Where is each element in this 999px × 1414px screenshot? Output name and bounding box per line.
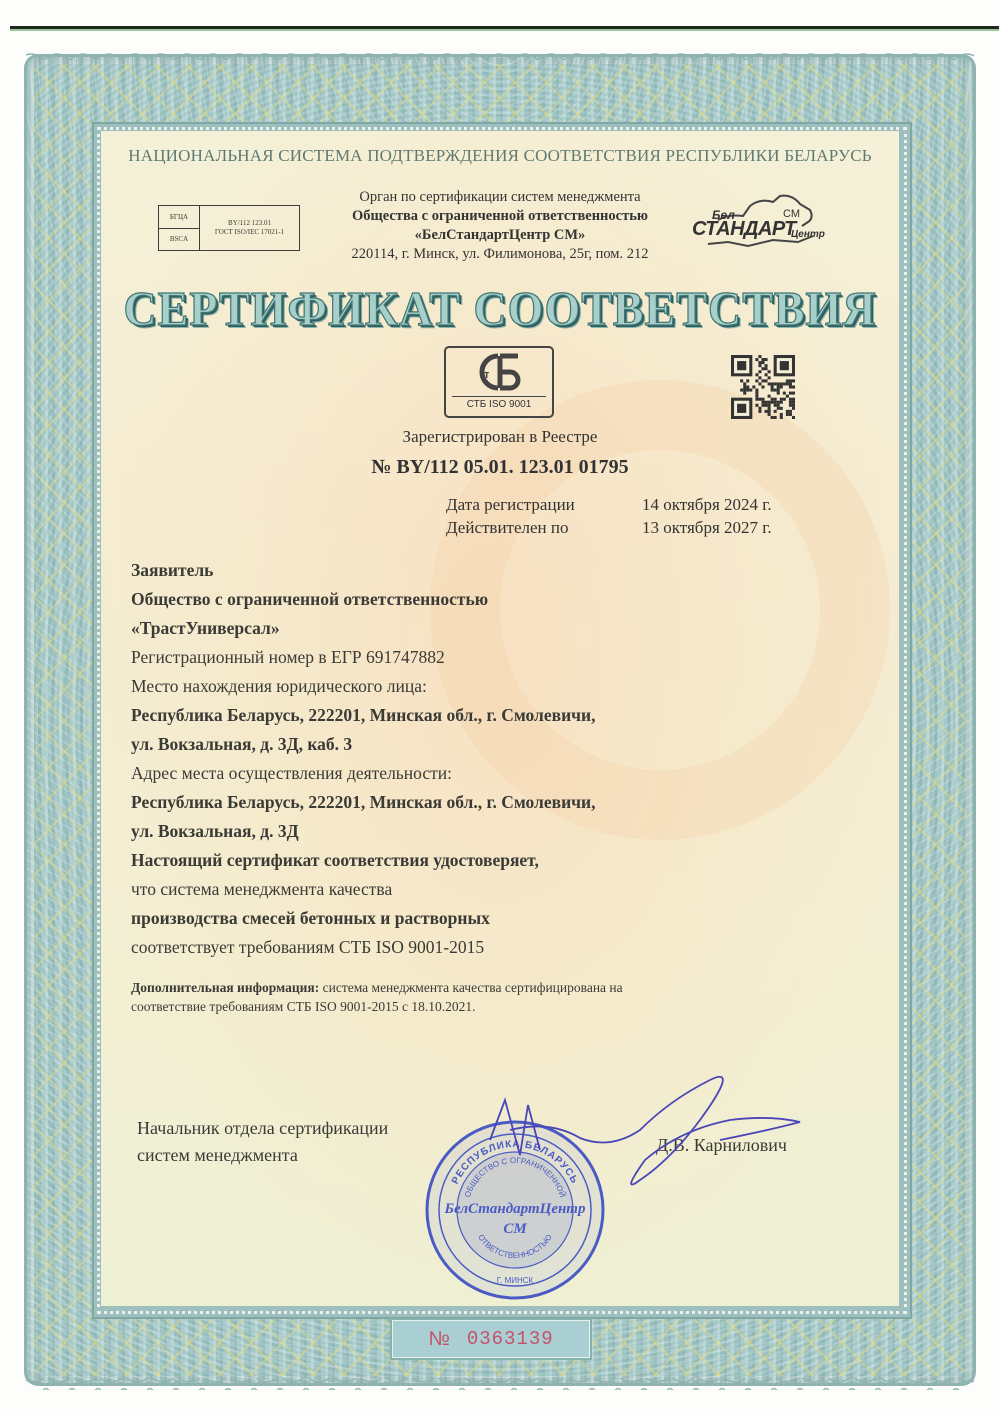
serial-number: 0363139 [467,1328,554,1350]
registration-date-row: Дата регистрации 14 октября 2024 г. [446,495,772,515]
scan-edge-line [10,26,999,29]
accreditation-mark: БГЦА BSCA BY/112 123.01 ГОСТ ISO/IEC 170… [158,205,300,251]
activity-address-label: Адрес места осуществления деятельности: [131,759,851,788]
signatory-position-line2: систем менеджмента [137,1142,388,1169]
additional-info-label: Дополнительная информация: [131,980,319,995]
valid-until-value: 13 октября 2027 г. [642,518,772,538]
activity-address-line2: ул. Вокзальная, д. 3Д [131,817,851,846]
handwritten-signature [470,1060,830,1200]
valid-until-label: Действителен по [446,518,642,538]
signatory-position: Начальник отдела сертификации систем мен… [137,1115,388,1169]
legal-address-line2: ул. Вокзальная, д. 3Д, каб. 3 [131,730,851,759]
statement-line2: что система менеджмента качества [131,875,851,904]
certificate-title: СЕРТИФИКАТ СООТВЕТСТВИЯ [101,281,899,337]
applicant-name-line1: Общество с ограниченной ответственностью [131,585,851,614]
accreditation-bgca: БГЦА [159,206,199,229]
stamp-center-line1: БелСтандартЦентр [444,1201,586,1217]
additional-info: Дополнительная информация: система менед… [131,978,831,1016]
cert-body-line2: Общества с ограниченной ответственностью [300,207,700,226]
registry-label: Зарегистрирован в Реестре [101,427,899,447]
svg-text:т: т [484,369,490,381]
statement-line4: соответствует требованиям СТБ ISO 9001-2… [131,933,851,962]
stamp-center-line2: СМ [503,1221,527,1237]
additional-info-text1: система менеджмента качества сертифициро… [319,980,622,995]
stb-iso-logo: т СТБ ISO 9001 [444,346,554,418]
brand-centr: Центр [791,229,825,240]
registration-date-label: Дата регистрации [446,495,642,515]
applicant-egr: Регистрационный номер в ЕГР 691747882 [131,643,851,672]
cert-body-name: «БелСтандартЦентр СМ» [300,226,700,245]
national-system-title: НАЦИОНАЛЬНАЯ СИСТЕМА ПОДТВЕРЖДЕНИЯ СООТВ… [101,146,899,166]
accreditation-number: BY/112 123.01 [228,219,271,228]
additional-info-text2: соответствие требованиям СТБ ISO 9001-20… [131,999,475,1014]
qr-code[interactable] [731,355,795,419]
cert-body-line1: Орган по сертификации систем менеджмента [300,188,700,207]
activity-address-line1: Республика Беларусь, 222201, Минская обл… [131,788,851,817]
legal-address-line1: Республика Беларусь, 222201, Минская обл… [131,701,851,730]
accreditation-bsca: BSCA [159,229,199,251]
applicant-name-line2: «ТрастУниверсал» [131,614,851,643]
applicant-heading: Заявитель [131,556,851,585]
legal-address-label: Место нахождения юридического лица: [131,672,851,701]
stamp-city: Г. МИНСК [497,1276,534,1285]
accreditation-standard: ГОСТ ISO/IEC 17021-1 [215,228,284,237]
stb-mark-icon: т [446,348,552,394]
serial-prefix: № [428,1328,450,1351]
certification-body: Орган по сертификации систем менеджмента… [300,188,700,264]
cert-body-address: 220114, г. Минск, ул. Филимонова, 25г, п… [300,245,700,264]
statement-line1: Настоящий сертификат соответствия удосто… [131,846,851,875]
statement-line3: производства смесей бетонных и растворны… [131,904,851,933]
registry-number: № BY/112 05.01. 123.01 01795 [101,456,899,479]
certificate-serial-number: № 0363139 [392,1320,590,1358]
brand-standart: СТАНДАРТ [692,218,796,241]
applicant-section: Заявитель Общество с ограниченной ответс… [131,556,851,962]
valid-until-row: Действителен по 13 октября 2027 г. [446,518,772,538]
stb-logo-label: СТБ ISO 9001 [452,396,546,412]
signatory-position-line1: Начальник отдела сертификации [137,1115,388,1142]
registration-date-value: 14 октября 2024 г. [642,495,772,515]
